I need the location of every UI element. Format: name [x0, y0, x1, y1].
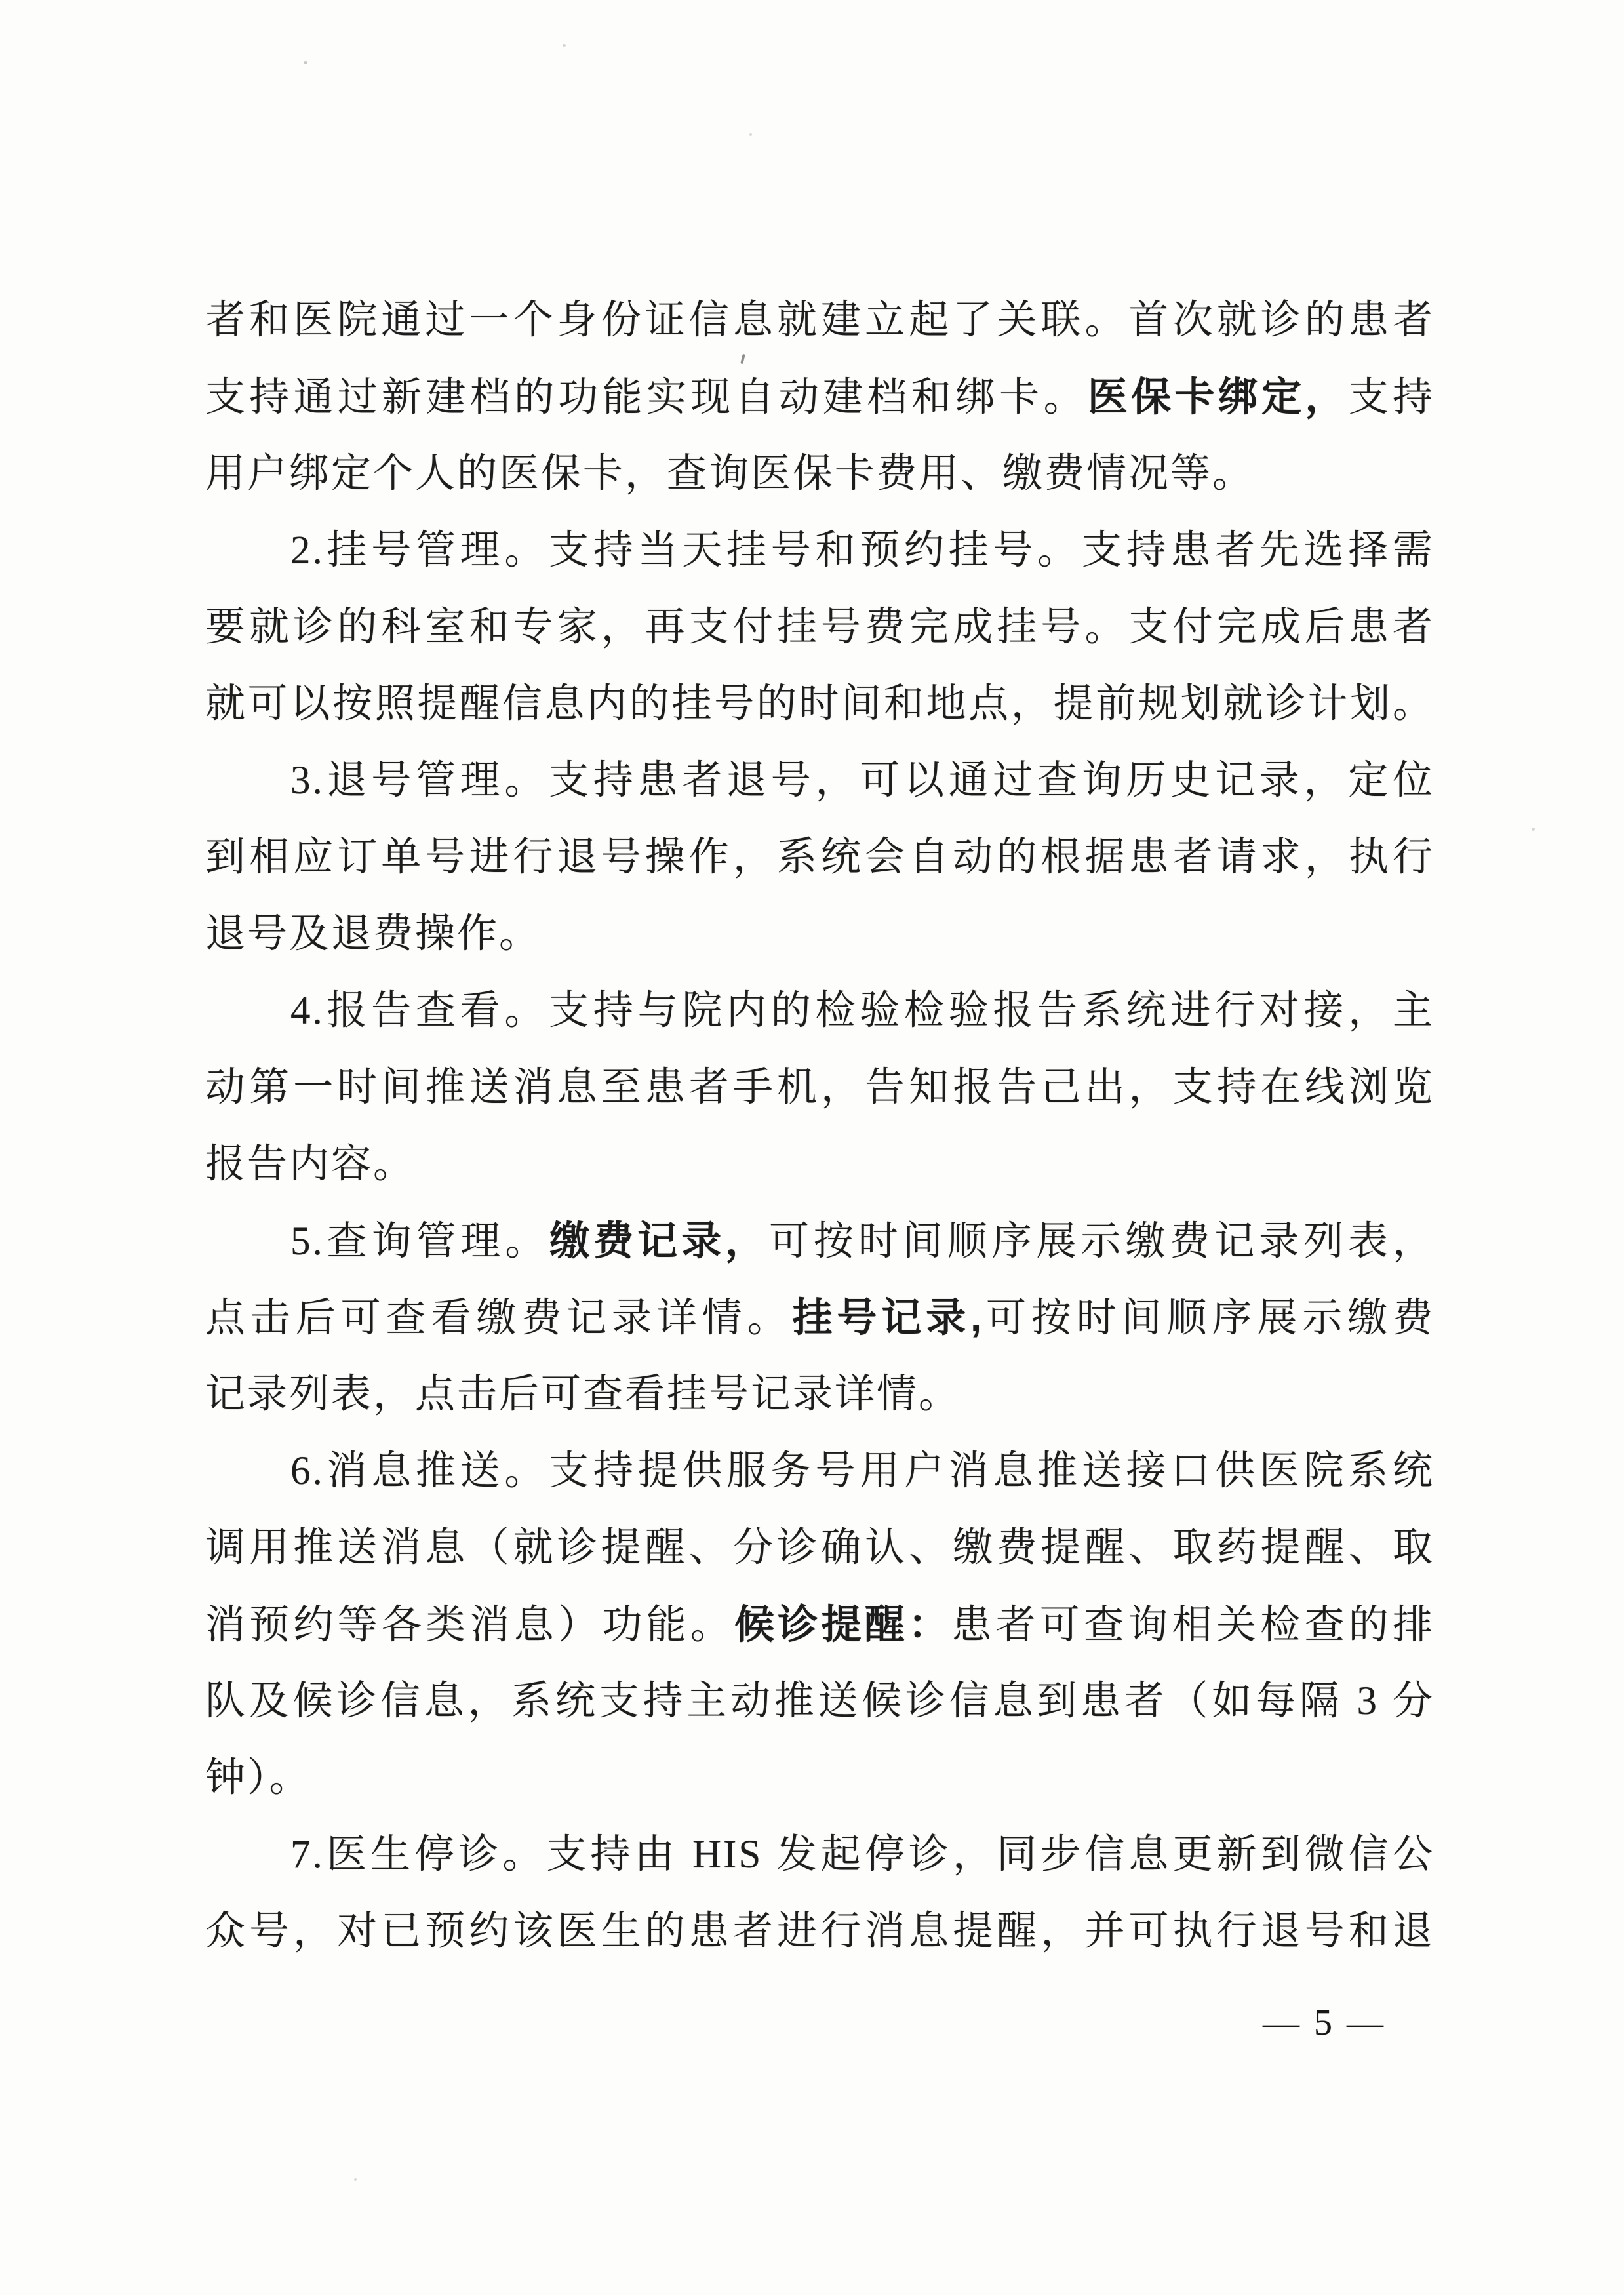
text-line: 7.医生停诊。支持由 HIS 发起停诊，同步信息更新到微信公: [205, 1816, 1435, 1893]
text-line: 记录列表，点击后可查看挂号记录详情。: [205, 1356, 1435, 1433]
body-text: 钟）。: [205, 1756, 311, 1800]
document-body: 者和医院通过一个身份证信息就建立起了关联。首次就诊的患者支持通过新建档的功能实现…: [205, 282, 1435, 1970]
body-text: 6.消息推送。支持提供服务号用户消息推送接口供医院系统: [290, 1449, 1435, 1493]
scan-speck: [304, 61, 307, 64]
body-text: 2.挂号管理。支持当天挂号和预约挂号。支持患者先选择需: [290, 529, 1435, 572]
text-line: 者和医院通过一个身份证信息就建立起了关联。首次就诊的患者: [205, 282, 1435, 359]
bold-text: 挂号记录,: [793, 1295, 983, 1340]
body-text: 患者可查询相关检查的排: [951, 1603, 1435, 1647]
body-text: 众号，对已预约该医生的患者进行消息提醒，并可执行退号和退: [205, 1909, 1435, 1953]
text-line: 5.查询管理。缴费记录，可按时间顺序展示缴费记录列表，: [205, 1203, 1435, 1279]
text-line: 2.挂号管理。支持当天挂号和预约挂号。支持患者先选择需: [205, 512, 1435, 589]
text-line: 就可以按照提醒信息内的挂号的时间和地点，提前规划就诊计划。: [205, 666, 1435, 742]
body-text: 支持: [1349, 376, 1435, 420]
body-text: 报告内容。: [205, 1142, 415, 1186]
scan-speck: [749, 133, 752, 136]
body-text: 消预约等各类消息）功能。: [205, 1603, 734, 1647]
body-text: 5.查询管理。: [290, 1220, 549, 1264]
scan-speck: [1532, 828, 1535, 831]
body-text: 记录列表，点击后可查看挂号记录详情。: [205, 1372, 961, 1416]
body-text: 动第一时间推送消息至患者手机，告知报告己出，支持在线浏览: [205, 1066, 1435, 1109]
body-text: 点击后可查看缴费记录详情。: [205, 1296, 793, 1340]
text-line: 到相应订单号进行退号操作，系统会自动的根据患者请求，执行: [205, 819, 1435, 896]
text-line: 点击后可查看缴费记录详情。挂号记录,可按时间顺序展示缴费: [205, 1279, 1435, 1356]
text-line: 调用推送消息（就诊提醒、分诊确认、缴费提醒、取药提醒、取: [205, 1509, 1435, 1586]
body-text: 支持通过新建档的功能实现自动建档和绑卡。: [205, 376, 1088, 420]
body-text: 调用推送消息（就诊提醒、分诊确认、缴费提醒、取药提醒、取: [205, 1526, 1435, 1570]
body-text: 3.退号管理。支持患者退号，可以通过查询历史记录，定位: [290, 759, 1435, 803]
text-line: 钟）。: [205, 1740, 1435, 1816]
bold-text: 缴费记录，: [549, 1218, 769, 1263]
text-line: 退号及退费操作。: [205, 896, 1435, 972]
body-text: 者和医院通过一个身份证信息就建立起了关联。首次就诊的患者: [205, 298, 1435, 342]
body-text: 要就诊的科室和专家，再支付挂号费完成挂号。支付完成后患者: [205, 605, 1435, 649]
body-text: 可按时间顺序展示缴费记录列表，: [769, 1220, 1435, 1264]
bold-text: 医保卡绑定，: [1088, 374, 1349, 419]
text-line: 支持通过新建档的功能实现自动建档和绑卡。医保卡绑定，支持: [205, 359, 1435, 435]
text-line: 4.报告查看。支持与院内的检验检验报告系统进行对接，主: [205, 972, 1435, 1049]
body-text: 队及候诊信息，系统支持主动推送候诊信息到患者（如每隔 3 分: [205, 1679, 1435, 1723]
body-text: 就可以按照提醒信息内的挂号的时间和地点，提前规划就诊计划。: [205, 682, 1435, 726]
text-line: 报告内容。: [205, 1126, 1435, 1203]
body-text: 7.医生停诊。支持由 HIS 发起停诊，同步信息更新到微信公: [290, 1833, 1435, 1877]
text-line: 众号，对已预约该医生的患者进行消息提醒，并可执行退号和退: [205, 1893, 1435, 1970]
bold-text: 候诊提醒：: [734, 1602, 951, 1646]
text-line: 要就诊的科室和专家，再支付挂号费完成挂号。支付完成后患者: [205, 589, 1435, 666]
text-line: 用户绑定个人的医保卡，查询医保卡费用、缴费情况等。: [205, 435, 1435, 512]
scan-speck: [354, 2178, 357, 2181]
body-text: 退号及退费操作。: [205, 912, 541, 956]
document-page: 者和医院通过一个身份证信息就建立起了关联。首次就诊的患者支持通过新建档的功能实现…: [0, 0, 1624, 2295]
text-line: 队及候诊信息，系统支持主动推送候诊信息到患者（如每隔 3 分: [205, 1663, 1435, 1740]
text-line: 3.退号管理。支持患者退号，可以通过查询历史记录，定位: [205, 742, 1435, 819]
body-text: 用户绑定个人的医保卡，查询医保卡费用、缴费情况等。: [205, 452, 1254, 496]
page-number: — 5 —: [1246, 1993, 1403, 2052]
body-text: 4.报告查看。支持与院内的检验检验报告系统进行对接，主: [290, 989, 1435, 1033]
body-text: 可按时间顺序展示缴费: [983, 1296, 1435, 1340]
body-text: 到相应订单号进行退号操作，系统会自动的根据患者请求，执行: [205, 835, 1435, 879]
text-line: 消预约等各类消息）功能。候诊提醒：患者可查询相关检查的排: [205, 1586, 1435, 1663]
text-line: 6.消息推送。支持提供服务号用户消息推送接口供医院系统: [205, 1433, 1435, 1509]
scan-speck: [563, 44, 566, 47]
text-line: 动第一时间推送消息至患者手机，告知报告己出，支持在线浏览: [205, 1049, 1435, 1126]
